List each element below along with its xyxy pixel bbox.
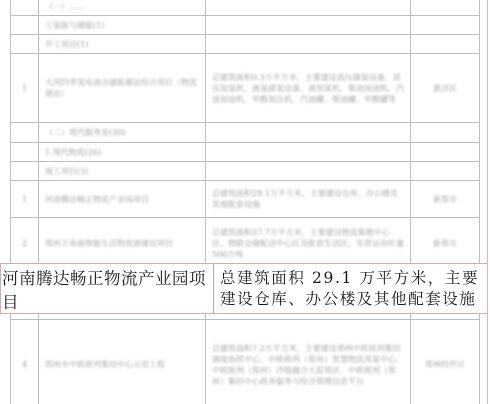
table-row-project: 1大河四季氢电油合建能源站综合项目（物流港站）总建筑面积0.3万平方米，主要建设… — [11, 54, 480, 123]
district-cell — [411, 143, 480, 162]
project-name-cell: 1.现代物流(26) — [39, 143, 206, 162]
row-number-cell — [11, 162, 39, 181]
row-number-cell — [11, 123, 39, 143]
table-row-section: 竣工项目(3) — [11, 162, 480, 181]
callout-left-border — [0, 264, 1, 313]
project-table-container: （一）……①氢能与储能(1)开工项目(1)1大河四季氢电油合建能源站综合项目（物… — [10, 0, 480, 404]
project-description-cell — [206, 0, 411, 16]
table-row-section: （一）…… — [11, 0, 480, 16]
project-description-cell — [206, 123, 411, 143]
district-cell: 惠济区 — [411, 54, 480, 123]
row-number-cell — [11, 35, 39, 54]
district-cell: 新郑市 — [411, 181, 480, 218]
district-cell: 郑州经开区 — [411, 320, 480, 404]
project-description-cell — [206, 16, 411, 35]
project-description-cell: 总建筑面积29.1万平方米，主要建设仓库、办公楼及其他配套设施 — [206, 181, 411, 218]
project-description-cell: 总建筑面积0.3万平方米，主要建设高压储氢设备、高压加氢机、液氢储氢设备、液加氢… — [206, 54, 411, 123]
project-name-cell: 郑州市中欧班列集结中心示范工程 — [39, 320, 206, 404]
row-number-cell: 1 — [11, 54, 39, 123]
table-row-project: 4郑州市中欧班列集结中心示范工程总建筑面积7.2万平方米，主要建设郑州中欧班列集… — [11, 320, 480, 404]
row-number-cell — [11, 143, 39, 162]
district-cell — [411, 123, 480, 143]
table-row-section: 1.现代物流(26) — [11, 143, 480, 162]
table-row-project: 1河南腾达畅正物流产业园项目总建筑面积29.1万平方米，主要建设仓库、办公楼及其… — [11, 181, 480, 218]
callout-project-name: 河南腾达畅正物流产业园项目 — [0, 264, 214, 313]
district-cell — [411, 16, 480, 35]
project-name-cell: 竣工项目(3) — [39, 162, 206, 181]
page-right-border — [487, 0, 488, 404]
table-row-section: 开工项目(1) — [11, 35, 480, 54]
district-cell — [411, 162, 480, 181]
table-row-section: ①氢能与储能(1) — [11, 16, 480, 35]
project-name-cell: ①氢能与储能(1) — [39, 16, 206, 35]
district-cell: 新郑市 — [411, 218, 480, 270]
project-description-cell — [206, 162, 411, 181]
project-name-cell: 河南腾达畅正物流产业园项目 — [39, 181, 206, 218]
table-row-project: 2郑州万束丽智能生活物流港建设项目总建筑面积37.7万平方米，主要建设物流集散中… — [11, 218, 480, 270]
project-table: （一）……①氢能与储能(1)开工项目(1)1大河四季氢电油合建能源站综合项目（物… — [10, 0, 480, 404]
project-name-cell: 大河四季氢电油合建能源站综合项目（物流港站） — [39, 54, 206, 123]
project-name-cell: 开工项目(1) — [39, 35, 206, 54]
project-name-cell: （一）…… — [39, 0, 206, 16]
project-name-cell: 郑州万束丽智能生活物流港建设项目 — [39, 218, 206, 270]
callout-project-description: 总建筑面积 29.1 万平方米，主要建设仓库、办公楼及其他配套设施 — [214, 264, 487, 313]
project-description-cell — [206, 35, 411, 54]
row-number-cell — [11, 0, 39, 16]
row-number-cell: 1 — [11, 181, 39, 218]
district-cell — [411, 0, 480, 16]
highlight-callout: 河南腾达畅正物流产业园项目 总建筑面积 29.1 万平方米，主要建设仓库、办公楼… — [0, 263, 487, 314]
row-number-cell — [11, 16, 39, 35]
row-number-cell: 4 — [11, 320, 39, 404]
row-number-cell: 2 — [11, 218, 39, 270]
project-name-cell: （二）现代服务业(30) — [39, 123, 206, 143]
project-description-cell: 总建筑面积37.7万平方米，主要建设物流集散中心区、物联仓储配送中心区及配套生活… — [206, 218, 411, 270]
district-cell — [411, 35, 480, 54]
table-row-section: （二）现代服务业(30) — [11, 123, 480, 143]
project-description-cell: 总建筑面积7.2万平方米，主要建设郑州中欧班列集结调度指挥中心、中欧班列（郑州）… — [206, 320, 411, 404]
project-description-cell — [206, 143, 411, 162]
